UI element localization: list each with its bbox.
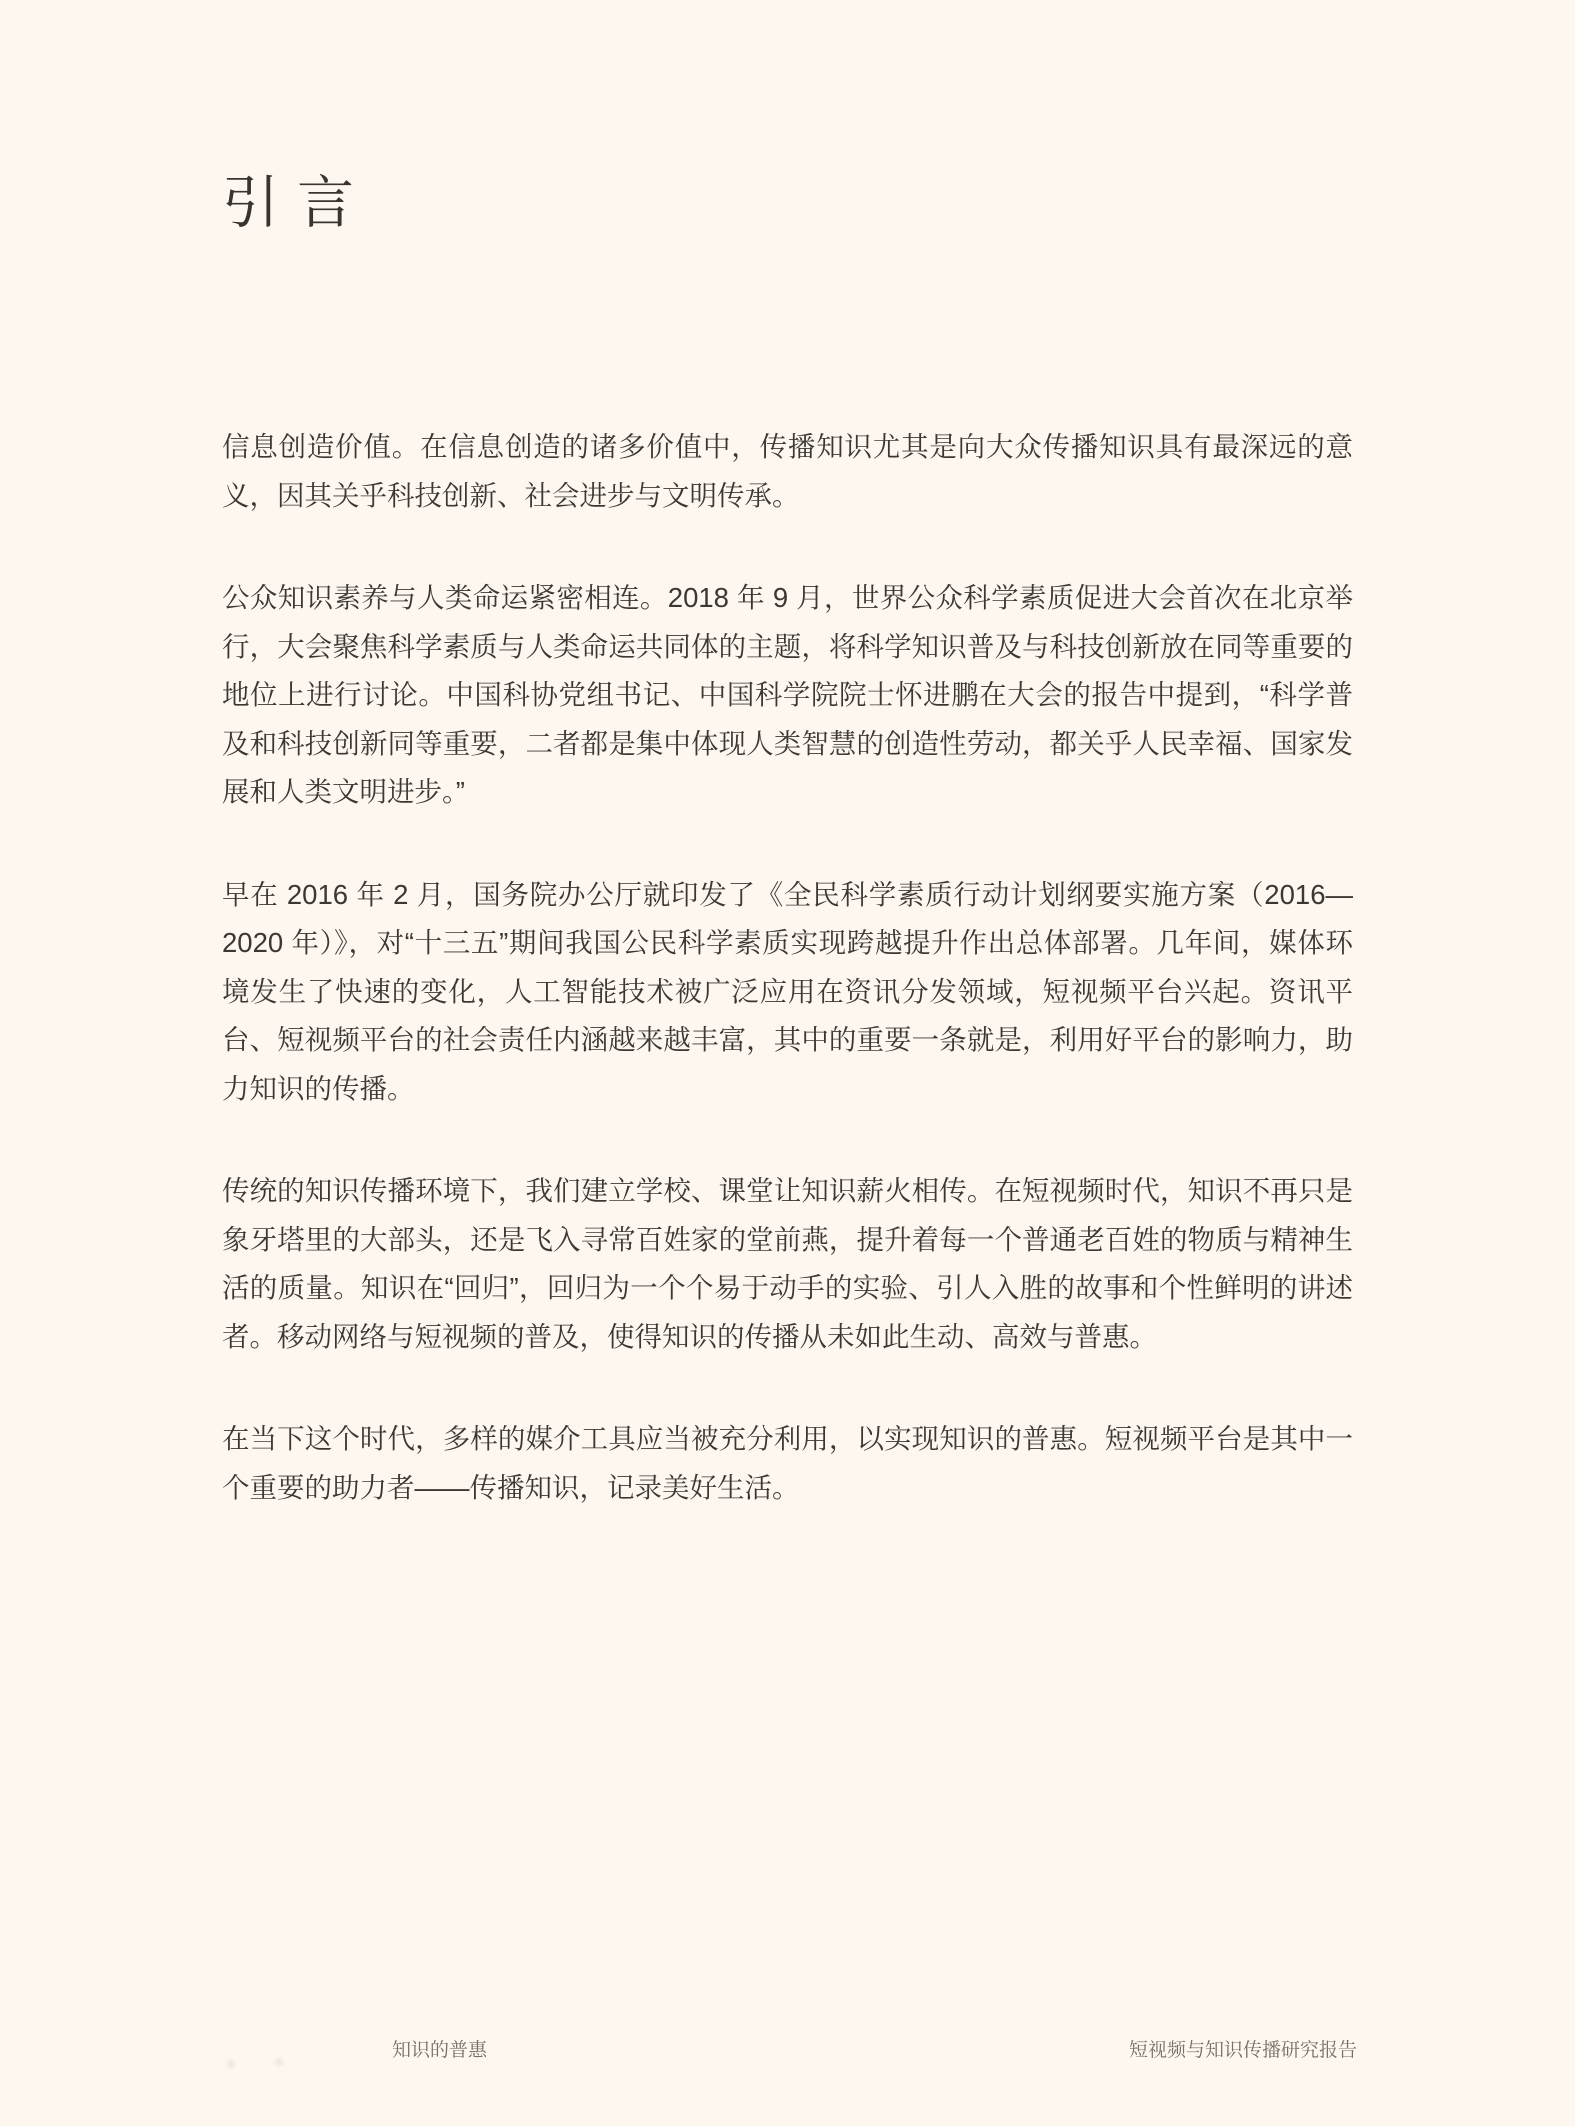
print-artifact	[272, 2056, 286, 2068]
paragraph: 传统的知识传播环境下，我们建立学校、课堂让知识薪火相传。在短视频时代，知识不再只…	[222, 1167, 1353, 1361]
page-title: 引言	[222, 172, 372, 234]
footer-left-text: 知识的普惠	[392, 2038, 487, 2064]
paragraph: 信息创造价值。在信息创造的诸多价值中，传播知识尤其是向大众传播知识具有最深远的意…	[222, 423, 1353, 520]
print-artifact	[224, 2058, 238, 2070]
paragraph: 公众知识素养与人类命运紧密相连。2018 年 9 月，世界公众科学素质促进大会首…	[222, 574, 1353, 817]
body-text: 信息创造价值。在信息创造的诸多价值中，传播知识尤其是向大众传播知识具有最深远的意…	[222, 423, 1353, 1566]
paragraph: 早在 2016 年 2 月，国务院办公厅就印发了《全民科学素质行动计划纲要实施方…	[222, 871, 1353, 1114]
footer-right-text: 短视频与知识传播研究报告	[1129, 2038, 1357, 2064]
paragraph: 在当下这个时代，多样的媒介工具应当被充分利用，以实现知识的普惠。短视频平台是其中…	[222, 1415, 1353, 1512]
document-page: 引言 信息创造价值。在信息创造的诸多价值中，传播知识尤其是向大众传播知识具有最深…	[0, 0, 1575, 2126]
